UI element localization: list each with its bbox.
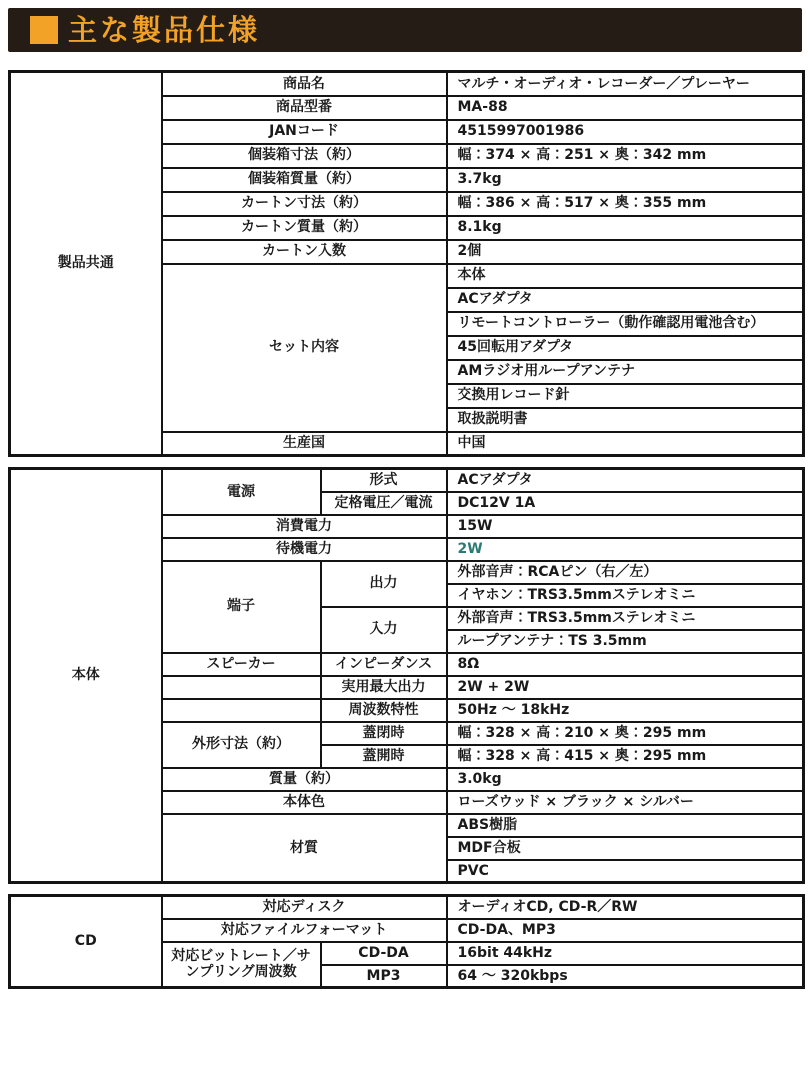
spec-label: 端子 bbox=[162, 561, 321, 653]
spec-value: DC12V 1A bbox=[447, 492, 804, 515]
spec-sublabel: 蓋閉時 bbox=[321, 722, 447, 745]
spec-value: イヤホン：TRS3.5mmステレオミニ bbox=[447, 584, 804, 607]
spec-value: 64 ～ 320kbps bbox=[447, 965, 804, 988]
spec-value: ACアダプタ bbox=[447, 469, 804, 492]
set-content-item: 取扱説明書 bbox=[447, 408, 804, 432]
spec-label: 本体色 bbox=[162, 791, 447, 814]
spec-value: 幅：386 × 高：517 × 奥：355 mm bbox=[447, 192, 804, 216]
set-content-item: 交換用レコード針 bbox=[447, 384, 804, 408]
material-item: ABS樹脂 bbox=[447, 814, 804, 837]
spec-value: 16bit 44kHz bbox=[447, 942, 804, 965]
spec-value: CD-DA、MP3 bbox=[447, 919, 804, 942]
spec-label: カートン寸法（約） bbox=[162, 192, 447, 216]
table-row: CD 対応ディスク オーディオCD, CD-R／RW bbox=[10, 896, 804, 919]
spec-value: 2W bbox=[447, 538, 804, 561]
cd-table: CD 対応ディスク オーディオCD, CD-R／RW 対応ファイルフォーマット … bbox=[8, 894, 805, 989]
spec-value: 3.0kg bbox=[447, 768, 804, 791]
spec-label: 対応ビットレート／サンプリング周波数 bbox=[162, 942, 321, 988]
group-label: CD bbox=[10, 896, 162, 988]
spec-sublabel: 形式 bbox=[321, 469, 447, 492]
table-row: 製品共通 商品名 マルチ・オーディオ・レコーダー／プレーヤー bbox=[10, 72, 804, 96]
spec-label: カートン質量（約） bbox=[162, 216, 447, 240]
spec-sublabel: 周波数特性 bbox=[321, 699, 447, 722]
material-item: MDF合板 bbox=[447, 837, 804, 860]
spec-sheet-page: 主な製品仕様 製品共通 商品名 マルチ・オーディオ・レコーダー／プレーヤー 商品… bbox=[0, 0, 810, 989]
spec-label: 個装箱質量（約） bbox=[162, 168, 447, 192]
table-row: 本体 電源 形式 ACアダプタ bbox=[10, 469, 804, 492]
spec-value: 3.7kg bbox=[447, 168, 804, 192]
spec-sublabel: 実用最大出力 bbox=[321, 676, 447, 699]
group-label: 本体 bbox=[10, 469, 162, 883]
spec-sublabel: 入力 bbox=[321, 607, 447, 653]
spec-value: 50Hz ～ 18kHz bbox=[447, 699, 804, 722]
spec-value: 8.1kg bbox=[447, 216, 804, 240]
spec-label: 外形寸法（約） bbox=[162, 722, 321, 768]
spec-label: 個装箱寸法（約） bbox=[162, 144, 447, 168]
spec-value: 幅：374 × 高：251 × 奥：342 mm bbox=[447, 144, 804, 168]
spec-label: 対応ディスク bbox=[162, 896, 447, 919]
set-content-item: AMラジオ用ループアンテナ bbox=[447, 360, 804, 384]
spec-label: スピーカー bbox=[162, 653, 321, 676]
spec-value: ローズウッド × ブラック × シルバー bbox=[447, 791, 804, 814]
spec-sublabel: 蓋開時 bbox=[321, 745, 447, 768]
spec-label: 電源 bbox=[162, 469, 321, 515]
spec-value: MA-88 bbox=[447, 96, 804, 120]
spec-sublabel: 出力 bbox=[321, 561, 447, 607]
accent-square-icon bbox=[30, 16, 58, 44]
spec-value: ループアンテナ：TS 3.5mm bbox=[447, 630, 804, 653]
set-content-item: 45回転用アダプタ bbox=[447, 336, 804, 360]
spec-sublabel: インピーダンス bbox=[321, 653, 447, 676]
spec-value: 4515997001986 bbox=[447, 120, 804, 144]
spec-sublabel: CD-DA bbox=[321, 942, 447, 965]
spec-label: 消費電力 bbox=[162, 515, 447, 538]
set-content-item: 本体 bbox=[447, 264, 804, 288]
spec-label: 対応ファイルフォーマット bbox=[162, 919, 447, 942]
spec-value: 幅：328 × 高：210 × 奥：295 mm bbox=[447, 722, 804, 745]
spec-label: カートン入数 bbox=[162, 240, 447, 264]
spec-label: JANコード bbox=[162, 120, 447, 144]
spec-label: 材質 bbox=[162, 814, 447, 883]
section-header: 主な製品仕様 bbox=[8, 8, 802, 52]
material-item: PVC bbox=[447, 860, 804, 883]
spec-value: 幅：328 × 高：415 × 奥：295 mm bbox=[447, 745, 804, 768]
spec-value: 外部音声：RCAピン（右／左） bbox=[447, 561, 804, 584]
spec-value: 2個 bbox=[447, 240, 804, 264]
spec-label: 待機電力 bbox=[162, 538, 447, 561]
set-content-item: ACアダプタ bbox=[447, 288, 804, 312]
spec-value: オーディオCD, CD-R／RW bbox=[447, 896, 804, 919]
group-label: 製品共通 bbox=[10, 72, 162, 456]
spec-value: 外部音声：TRS3.5mmステレオミニ bbox=[447, 607, 804, 630]
page-title: 主な製品仕様 bbox=[68, 16, 260, 45]
spec-label: セット内容 bbox=[162, 264, 447, 432]
spec-value: マルチ・オーディオ・レコーダー／プレーヤー bbox=[447, 72, 804, 96]
spec-label: 商品名 bbox=[162, 72, 447, 96]
spec-label-empty bbox=[162, 699, 321, 722]
main-unit-table: 本体 電源 形式 ACアダプタ 定格電圧／電流 DC12V 1A 消費電力 15… bbox=[8, 467, 805, 884]
spec-label: 商品型番 bbox=[162, 96, 447, 120]
spec-value: 8Ω bbox=[447, 653, 804, 676]
spec-sublabel: 定格電圧／電流 bbox=[321, 492, 447, 515]
spec-value: 2W + 2W bbox=[447, 676, 804, 699]
product-common-table: 製品共通 商品名 マルチ・オーディオ・レコーダー／プレーヤー 商品型番 MA-8… bbox=[8, 70, 805, 457]
spec-value: 15W bbox=[447, 515, 804, 538]
spec-label: 質量（約） bbox=[162, 768, 447, 791]
spec-label-empty bbox=[162, 676, 321, 699]
set-content-item: リモートコントローラー（動作確認用電池含む） bbox=[447, 312, 804, 336]
spec-label: 生産国 bbox=[162, 432, 447, 456]
spec-sublabel: MP3 bbox=[321, 965, 447, 988]
spec-value: 中国 bbox=[447, 432, 804, 456]
